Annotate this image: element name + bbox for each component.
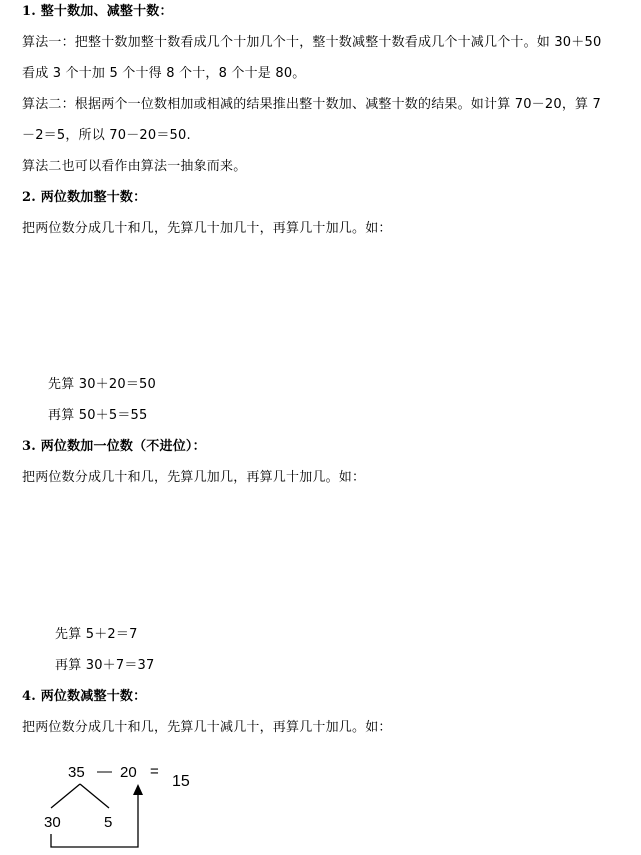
section-3-step-2: 再算 30＋7＝37: [55, 657, 155, 675]
section-3-paragraph-1: 把两位数分成几十和几，先算几加几，再算几十加几。如：: [22, 469, 365, 487]
branch-left-line: [51, 784, 80, 808]
section-2-heading: 2. 两位数加整十数：: [22, 189, 146, 207]
split-tens: 30: [44, 814, 61, 831]
branch-right-line: [80, 784, 109, 808]
connector-line: [51, 795, 138, 847]
section-1-paragraph-5: 算法二也可以看作由算法一抽象而来。: [22, 158, 246, 176]
section-2-step-1: 先算 30＋20＝50: [48, 376, 156, 394]
minuend: 35: [68, 764, 85, 781]
subtraction-decomposition-diagram: 35 — 20 = 15 30 5: [30, 755, 230, 855]
section-3-step-1: 先算 5＋2＝7: [55, 626, 138, 644]
minus-operator: —: [97, 763, 112, 780]
subtrahend: 20: [120, 764, 137, 781]
section-4-paragraph-1: 把两位数分成几十和几，先算几十减几十，再算几十加几。如：: [22, 719, 392, 737]
section-1-heading: 1. 整十数加、减整十数：: [22, 3, 173, 21]
arrow-up-icon: [133, 784, 143, 795]
section-2-paragraph-1: 把两位数分成几十和几，先算几十加几十，再算几十加几。如：: [22, 220, 392, 238]
section-1-paragraph-2: 看成 3 个十加 5 个十得 8 个十，8 个十是 80。: [22, 65, 306, 83]
section-2-step-2: 再算 50＋5＝55: [48, 407, 148, 425]
result: 15: [172, 773, 190, 790]
section-3-heading: 3. 两位数加一位数（不进位）：: [22, 438, 206, 456]
section-1-paragraph-1: 算法一：把整十数加整十数看成几个十加几个十，整十数减整十数看成几个十减几个十。如…: [22, 34, 601, 52]
section-1-paragraph-3: 算法二：根据两个一位数相加或相减的结果推出整十数加、减整十数的结果。如计算 70…: [22, 96, 601, 114]
section-1-paragraph-4: －2＝5，所以 70－20＝50.: [22, 127, 191, 145]
split-ones: 5: [104, 814, 112, 831]
equals-sign: =: [150, 763, 159, 780]
section-4-heading: 4. 两位数减整十数：: [22, 688, 146, 706]
